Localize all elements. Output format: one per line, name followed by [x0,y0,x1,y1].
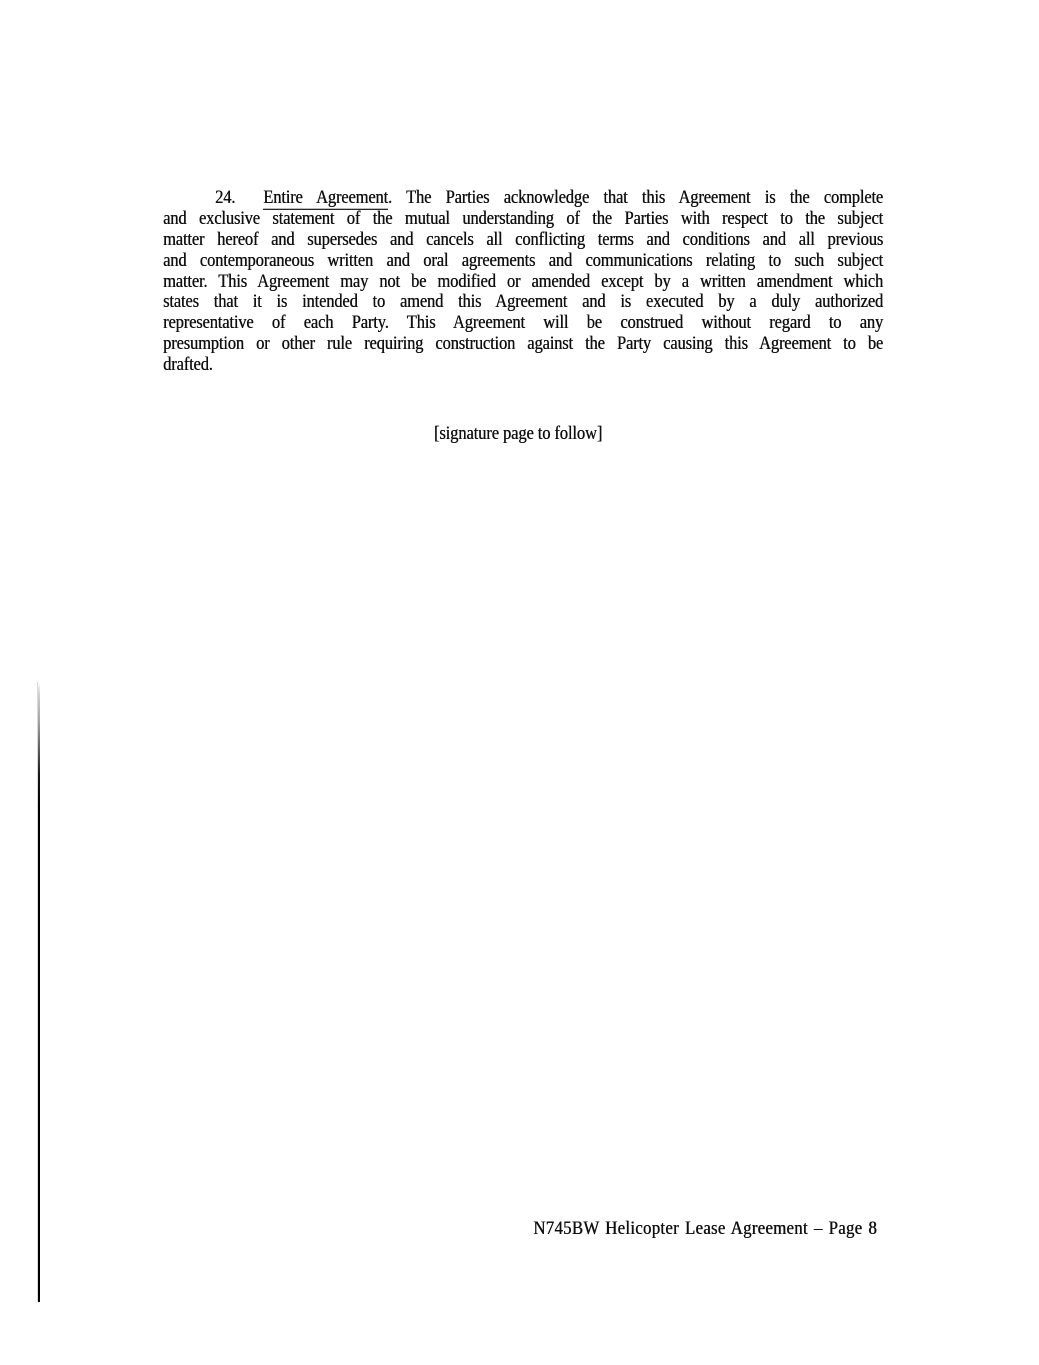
left-scan-artifact-line [38,682,40,1302]
paragraph-line: drafted. [163,352,883,377]
paragraph-first-line-text: The Parties acknowledge that this Agreem… [406,185,883,207]
paragraph-number: 24. [215,185,235,207]
entire-agreement-paragraph: 24.Entire Agreement. The Parties acknowl… [163,187,883,375]
document-page: 24.Entire Agreement. The Parties acknowl… [0,0,1039,1365]
paragraph-heading-period: . [388,185,392,207]
page-footer: N745BW Helicopter Lease Agreement – Page… [163,1214,877,1242]
paragraph-body-lines: and exclusive statement of the mutual un… [163,208,883,375]
signature-page-notice: [signature page to follow] [158,419,878,447]
